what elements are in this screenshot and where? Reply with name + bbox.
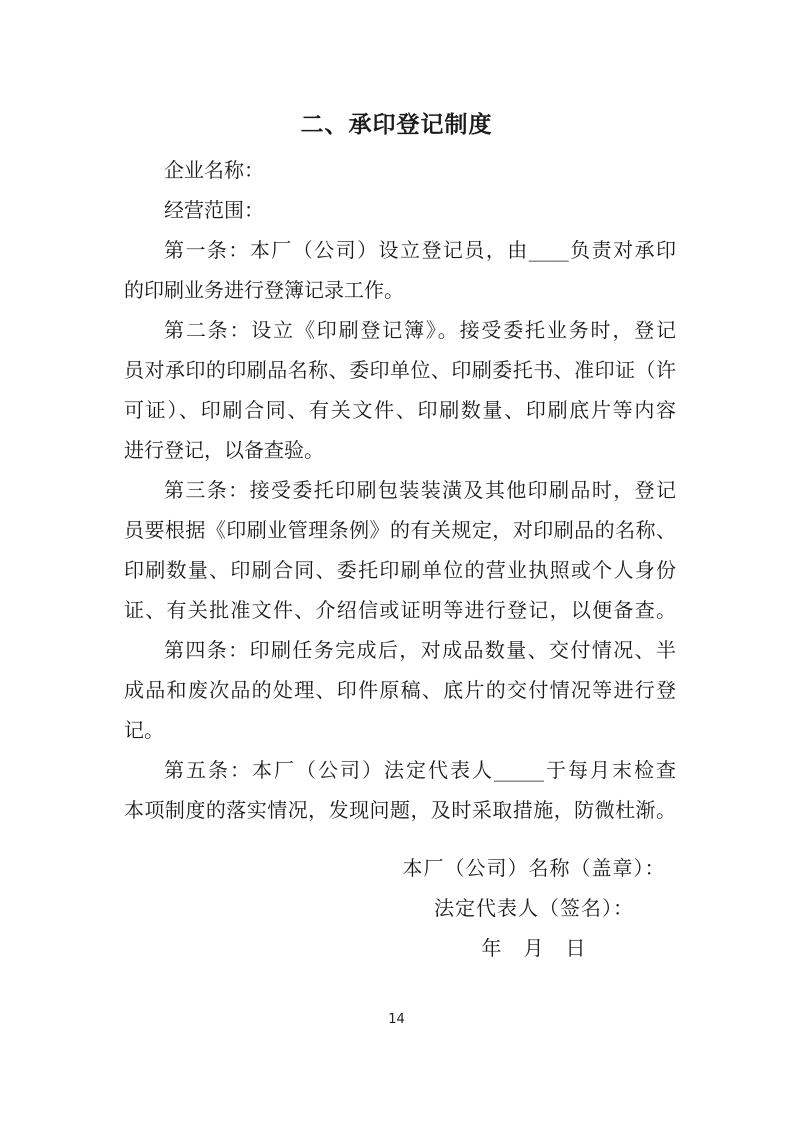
article-1-line-1: 第一条：本厂（公司）设立登记员，由____负责对承印	[124, 230, 676, 270]
signature-block: 本厂（公司）名称（盖章）： 法定代表人（签名）： 年 月 日	[384, 848, 684, 968]
signature-date: 年 月 日	[384, 928, 684, 968]
document-title: 二、承印登记制度	[0, 106, 793, 139]
page-number: 14	[0, 1012, 793, 1027]
article-3-line-3: 印刷数量、印刷合同、委托印刷单位的营业执照或个人身份	[124, 550, 676, 590]
field-business-scope: 经营范围：	[124, 190, 676, 230]
field-company-name: 企业名称：	[124, 150, 676, 190]
document-page: 二、承印登记制度 企业名称： 经营范围： 第一条：本厂（公司）设立登记员，由__…	[0, 0, 793, 1122]
article-5-line-2: 本项制度的落实情况，发现问题，及时采取措施，防微杜渐。	[124, 790, 676, 830]
article-4-line-3: 记。	[124, 710, 676, 750]
article-3-line-1: 第三条：接受委托印刷包装装潢及其他印刷品时，登记	[124, 470, 676, 510]
article-3-line-4: 证、有关批准文件、介绍信或证明等进行登记，以便备查。	[124, 590, 676, 630]
article-2-line-4: 进行登记，以备查验。	[124, 430, 676, 470]
article-2-line-1: 第二条：设立《印刷登记簿》。接受委托业务时，登记	[124, 310, 676, 350]
signature-company-seal: 本厂（公司）名称（盖章）：	[384, 848, 684, 888]
article-4-line-2: 成品和废次品的处理、印件原稿、底片的交付情况等进行登	[124, 670, 676, 710]
article-3-line-2: 员要根据《印刷业管理条例》的有关规定，对印刷品的名称、	[124, 510, 676, 550]
article-1-line-2: 的印刷业务进行登簿记录工作。	[124, 270, 676, 310]
article-2-line-3: 可证）、印刷合同、有关文件、印刷数量、印刷底片等内容	[124, 390, 676, 430]
article-2-line-2: 员对承印的印刷品名称、委印单位、印刷委托书、准印证（许	[124, 350, 676, 390]
signature-legal-representative: 法定代表人（签名）：	[384, 888, 684, 928]
article-5-line-1: 第五条：本厂（公司）法定代表人_____于每月末检查	[124, 750, 676, 790]
document-body: 企业名称： 经营范围： 第一条：本厂（公司）设立登记员，由____负责对承印 的…	[124, 150, 676, 830]
article-4-line-1: 第四条：印刷任务完成后，对成品数量、交付情况、半	[124, 630, 676, 670]
